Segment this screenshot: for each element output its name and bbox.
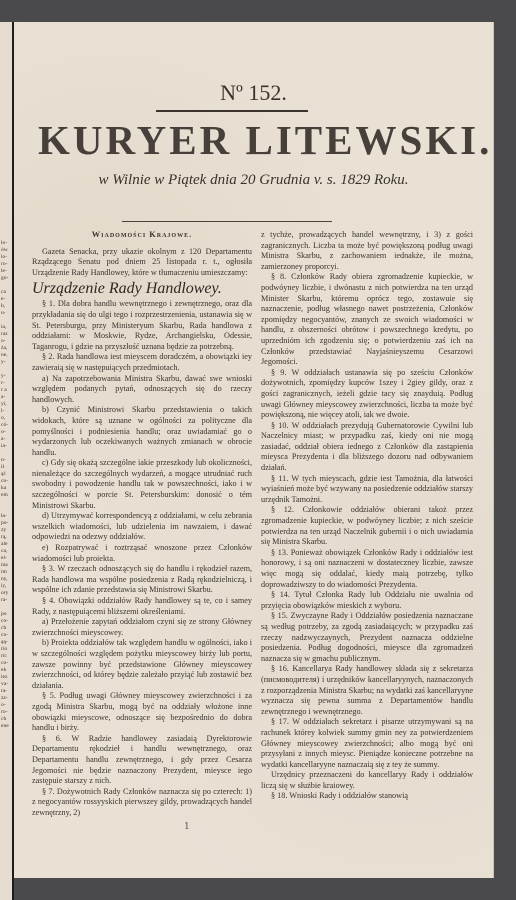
paragraph: § 3. W rzeczach odnoszących się do handl… bbox=[32, 564, 252, 596]
paragraph: c) Gdy się okażą szczególne iakie przesz… bbox=[32, 458, 252, 511]
signature-mark: 1 bbox=[184, 822, 190, 832]
prev-page-fragment: ca bbox=[0, 289, 12, 296]
prev-page-fragment: h, bbox=[0, 303, 12, 310]
paragraph: § 6. W Radzie handlowey zasiadaią Dyrekt… bbox=[32, 734, 252, 787]
prev-page-fragment: a- bbox=[0, 436, 12, 443]
article-heading: Urządzenie Rady Handlowey. bbox=[32, 279, 252, 298]
paragraph: § 7. Dożywotnich Rady Członków naznacza … bbox=[32, 787, 252, 819]
intro-paragraph: Gazeta Senacka, przy ukazie okolnym z 12… bbox=[32, 247, 252, 279]
prev-page-fragment: o- bbox=[0, 338, 12, 345]
prev-page-fragment: ąą- bbox=[0, 639, 12, 646]
paragraph: § 4. Obowiązki oddziałów Rady handlowey … bbox=[32, 596, 252, 617]
paragraph: § 18. Wnioski Rady i oddziałów stanowią bbox=[261, 791, 473, 802]
prev-page-fragment: co- bbox=[0, 618, 12, 625]
paragraph: § 14. Tytuł Członka Rady lub Oddziału ni… bbox=[261, 590, 473, 611]
prev-page-fragment bbox=[0, 450, 12, 457]
prev-page-fragment: lo- bbox=[0, 240, 12, 247]
prev-page-fragment: raz bbox=[0, 331, 12, 338]
paragraph: § 8. Członków Rady obiera zgromadzenie k… bbox=[261, 272, 473, 367]
newspaper-title: KURYER LITEWSKI. bbox=[34, 116, 493, 164]
prev-page-fragment: el- bbox=[0, 555, 12, 562]
right-column: z tychże, prowadzących handel wewnętrzny… bbox=[261, 230, 473, 802]
prev-page-fragment: l- bbox=[0, 408, 12, 415]
dateline-divider bbox=[122, 221, 332, 222]
paragraph: a) Przełożenie zapytań oddziałom czyni s… bbox=[32, 617, 252, 638]
prev-page-fragment: iez bbox=[0, 674, 12, 681]
paragraph: § 2. Rada handlowa iest mieyscem doradcz… bbox=[32, 352, 252, 373]
prev-page-fragment: có- bbox=[0, 422, 12, 429]
prev-page-fragment: lo- bbox=[0, 254, 12, 261]
prev-page-fragment: y- bbox=[0, 359, 12, 366]
prev-page-fragment: po- bbox=[0, 520, 12, 527]
prev-page-fragment: ił bbox=[0, 464, 12, 471]
prev-page-fragment: ąć bbox=[0, 471, 12, 478]
paragraph: § 10. W oddziałach prezydują Gubernatoro… bbox=[261, 421, 473, 474]
prev-page-fragment: rą, bbox=[0, 534, 12, 541]
section-kicker: Wiadomości Krajowe. bbox=[32, 230, 252, 241]
prev-page-fragment: nia bbox=[0, 562, 12, 569]
prev-page-fragment bbox=[0, 506, 12, 513]
prev-page-fragment: r a bbox=[0, 387, 12, 394]
paragraph: § 17. W oddziałach sekretarz i pisarze u… bbox=[261, 717, 473, 770]
prev-page-fragment: ka bbox=[0, 485, 12, 492]
prev-page-fragment: ne, bbox=[0, 352, 12, 359]
prev-page-fragment: ch bbox=[0, 716, 12, 723]
prev-page-fragment: ów bbox=[0, 247, 12, 254]
prev-page-fragment: ch bbox=[0, 625, 12, 632]
prev-page-fragment: zz- bbox=[0, 695, 12, 702]
prev-page-fragment: co- bbox=[0, 660, 12, 667]
prev-page-fragment: ek bbox=[0, 667, 12, 674]
previous-page-edge: lo-ówlo-ro-le-go- cae-h,u- ia,razo-ża,ne… bbox=[0, 22, 14, 900]
prev-page-fragment: n- bbox=[0, 457, 12, 464]
prev-page-fragment: ła- bbox=[0, 513, 12, 520]
prev-page-fragment: ny, bbox=[0, 576, 12, 583]
prev-page-fragment: r- bbox=[0, 380, 12, 387]
left-column: Wiadomości Krajowe. Gazeta Senacka, przy… bbox=[32, 230, 252, 818]
prev-page-fragment: rio bbox=[0, 646, 12, 653]
prev-page-fragment: ory bbox=[0, 590, 12, 597]
paragraph: z tychże, prowadzących handel wewnętrzny… bbox=[261, 230, 473, 272]
paragraph: Urzędnicy przeznaczeni do kancellaryy Ra… bbox=[261, 770, 473, 791]
prev-page-fragment: ro- bbox=[0, 709, 12, 716]
newspaper-page: Nº 152. KURYER LITEWSKI. w Wilnie w Piąt… bbox=[14, 22, 493, 878]
prev-page-fragment: iy, bbox=[0, 583, 12, 590]
prev-page-fragment: u- bbox=[0, 310, 12, 317]
paragraph: e) Rozpatrywać i roztrząsać wnoszone prz… bbox=[32, 543, 252, 564]
prev-page-fragment bbox=[0, 499, 12, 506]
issue-number: Nº 152. bbox=[14, 80, 493, 106]
paragraph: § 1. Dla dobra handlu wewnętrznego i zew… bbox=[32, 299, 252, 352]
paragraph: a) Na zapotrzebowania Ministra Skarbu, d… bbox=[32, 374, 252, 406]
paragraph: § 11. W tych mieyscach, gdzie iest Tamoż… bbox=[261, 474, 473, 506]
prev-page-fragment: o- bbox=[0, 702, 12, 709]
prev-page-fragment: a- bbox=[0, 394, 12, 401]
prev-page-fragment: o- bbox=[0, 429, 12, 436]
paragraph: b) Proiekta oddziałów tak względem handl… bbox=[32, 638, 252, 691]
prev-page-fragment: e- bbox=[0, 296, 12, 303]
issue-divider bbox=[156, 110, 308, 112]
prev-page-fragment: co- bbox=[0, 478, 12, 485]
prev-page-fragment: o, bbox=[0, 415, 12, 422]
prev-page-fragment: po bbox=[0, 611, 12, 618]
prev-page-fragment: le- bbox=[0, 268, 12, 275]
paragraph: § 5. Podług uwagi Główney mieyscowey zwi… bbox=[32, 691, 252, 733]
prev-page-fragment: zy bbox=[0, 527, 12, 534]
prev-page-fragment: va- bbox=[0, 681, 12, 688]
prev-page-fragment bbox=[0, 317, 12, 324]
paragraph: b) Czynić Ministrowi Skarbu przedstawien… bbox=[32, 405, 252, 458]
prev-page-fragment: ric bbox=[0, 653, 12, 660]
prev-page-fragment: ia- bbox=[0, 443, 12, 450]
paragraph: § 13. Ponieważ obowiązek Członków Rady i… bbox=[261, 548, 473, 590]
prev-page-fragment bbox=[0, 604, 12, 611]
prev-page-fragment bbox=[0, 366, 12, 373]
prev-page-fragment: ra- bbox=[0, 597, 12, 604]
paragraph: § 12. Członkowie oddziałów obierani tako… bbox=[261, 505, 473, 547]
prev-page-fragment: yi, bbox=[0, 401, 12, 408]
prev-page-fragment: ro- bbox=[0, 261, 12, 268]
prev-page-fragment: ene bbox=[0, 723, 12, 730]
dateline: w Wilnie w Piątek dnia 20 Grudnia v. s. … bbox=[14, 172, 493, 189]
prev-page-fragment: ca, bbox=[0, 548, 12, 555]
paragraph: d) Utrzymywać korrespondencyą z oddziała… bbox=[32, 511, 252, 543]
prev-page-fragment: ża, bbox=[0, 345, 12, 352]
paragraph: § 15. Zwyczayne Rady i Oddziałów posiedz… bbox=[261, 611, 473, 664]
prev-page-fragment: em bbox=[0, 492, 12, 499]
paragraph: § 9. W oddziałach ustanawia się po sześc… bbox=[261, 368, 473, 421]
prev-page-fragment: co- bbox=[0, 632, 12, 639]
prev-page-fragment: y- bbox=[0, 373, 12, 380]
prev-page-fragment: ale bbox=[0, 541, 12, 548]
prev-page-fragment: go- bbox=[0, 275, 12, 282]
prev-page-fragment bbox=[0, 282, 12, 289]
paragraph: § 16. Kancellarya Rady handlowey składa … bbox=[261, 664, 473, 717]
prev-page-fragment: ra- bbox=[0, 688, 12, 695]
prev-page-fragment: ia, bbox=[0, 324, 12, 331]
prev-page-fragment: im bbox=[0, 569, 12, 576]
